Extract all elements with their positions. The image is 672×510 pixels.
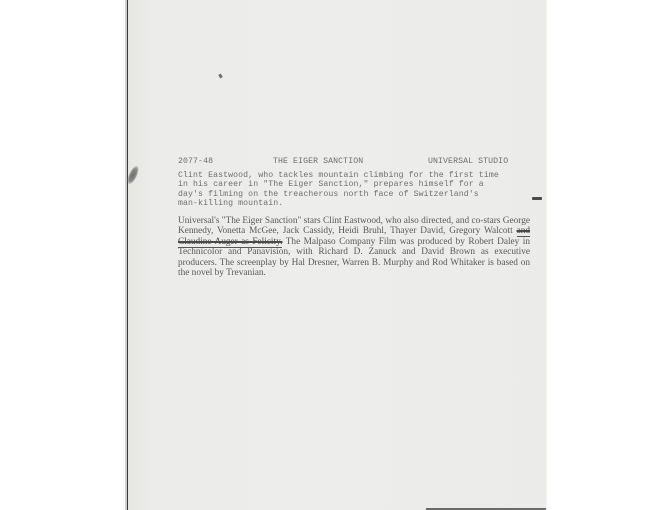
studio-name: UNIVERSAL STUDIO (428, 157, 508, 166)
photo-code: 2077-48 (178, 157, 213, 166)
photo-caption: Clint Eastwood, who tackles mountain cli… (178, 171, 533, 209)
body-text-part-1: Universal's "The Eiger Sanction" stars C… (178, 216, 530, 236)
film-title: THE EIGER SANCTION (273, 157, 363, 166)
document-page: 2077-48 THE EIGER SANCTION UNIVERSAL STU… (127, 0, 546, 510)
document-header: 2077-48 THE EIGER SANCTION UNIVERSAL STU… (178, 157, 538, 167)
dash-mark (532, 197, 542, 200)
press-release-body: Universal's "The Eiger Sanction" stars C… (178, 216, 530, 278)
